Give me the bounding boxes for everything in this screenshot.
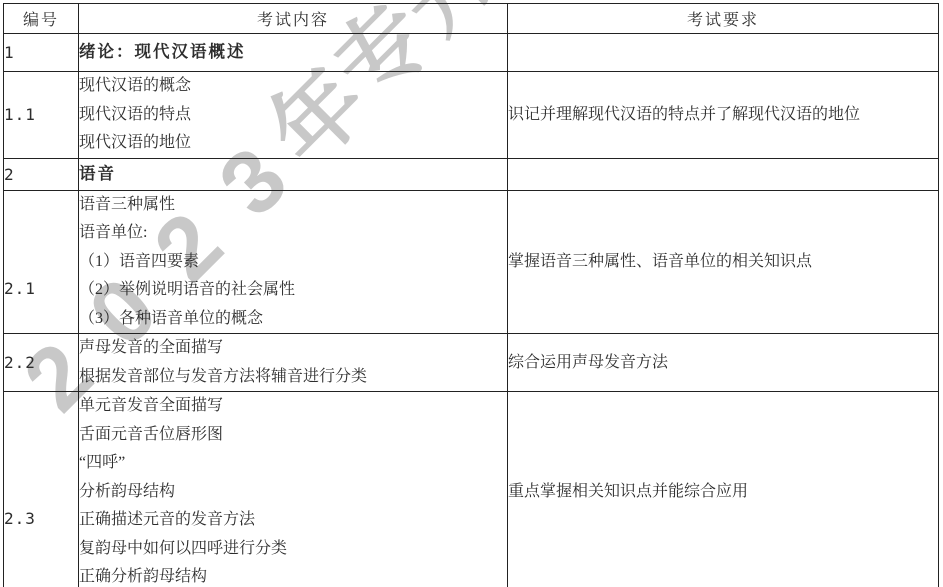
- content-line: 根据发音部位与发音方法将辅音进行分类: [79, 363, 507, 392]
- content-line: 语音: [79, 160, 507, 189]
- header-cell-requirement: 考试要求: [508, 4, 939, 34]
- content-line: 分析韵母结构: [79, 478, 507, 507]
- requirement-cell: 重点掌握相关知识点并能综合应用: [508, 392, 939, 587]
- requirement-cell: [508, 158, 939, 190]
- requirement-cell: 识记并理解现代汉语的特点并了解现代汉语的地位: [508, 72, 939, 159]
- content-line: 绪论：现代汉语概述: [79, 38, 507, 67]
- content-line: 正确分析韵母结构: [79, 563, 507, 587]
- header-cell-content: 考试内容: [79, 4, 508, 34]
- row-number-cell: 2.1: [4, 190, 79, 334]
- document-page: 2023年专升本 编号 考试内容 考试要求 1 绪论：现代汉语概述 1.1 现代…: [0, 0, 943, 587]
- table-row: 2 语音: [4, 158, 939, 190]
- table-row: 2.1 语音三种属性 语音单位: （1）语音四要素 （2）举例说明语音的社会属性…: [4, 190, 939, 334]
- row-number-cell: 1: [4, 34, 79, 72]
- table-row: 1.1 现代汉语的概念 现代汉语的特点 现代汉语的地位 识记并理解现代汉语的特点…: [4, 72, 939, 159]
- content-line: 语音三种属性: [79, 191, 507, 220]
- row-number: 1.1: [4, 105, 36, 124]
- row-number: 2.3: [4, 509, 36, 528]
- row-number: 1: [4, 43, 15, 62]
- content-cell: 现代汉语的概念 现代汉语的特点 现代汉语的地位: [79, 72, 508, 159]
- content-cell: 语音三种属性 语音单位: （1）语音四要素 （2）举例说明语音的社会属性 （3）…: [79, 190, 508, 334]
- content-line: 声母发音的全面描写: [79, 334, 507, 363]
- row-number: 2.1: [4, 279, 36, 298]
- table-row: 1 绪论：现代汉语概述: [4, 34, 939, 72]
- content-line: （2）举例说明语音的社会属性: [79, 276, 507, 305]
- content-line: 现代汉语的概念: [79, 72, 507, 101]
- content-line: 复韵母中如何以四呼进行分类: [79, 535, 507, 564]
- content-line: 现代汉语的特点: [79, 101, 507, 130]
- row-number-cell: 2.3: [4, 392, 79, 587]
- header-cell-number: 编号: [4, 4, 79, 34]
- content-line: （1）语音四要素: [79, 248, 507, 277]
- content-line: 现代汉语的地位: [79, 129, 507, 158]
- exam-syllabus-table: 编号 考试内容 考试要求 1 绪论：现代汉语概述 1.1 现代汉语的概念 现代汉…: [3, 3, 939, 587]
- requirement-cell: 综合运用声母发音方法: [508, 334, 939, 392]
- content-line: 语音单位:: [79, 219, 507, 248]
- content-line: “四呼”: [79, 449, 507, 478]
- row-number: 2.2: [4, 353, 36, 372]
- content-cell: 声母发音的全面描写 根据发音部位与发音方法将辅音进行分类: [79, 334, 508, 392]
- content-line: （3）各种语音单位的概念: [79, 305, 507, 334]
- table-header-row: 编号 考试内容 考试要求: [4, 4, 939, 34]
- content-cell: 单元音发音全面描写 舌面元音舌位唇形图 “四呼” 分析韵母结构 正确描述元音的发…: [79, 392, 508, 587]
- row-number-cell: 1.1: [4, 72, 79, 159]
- content-line: 舌面元音舌位唇形图: [79, 421, 507, 450]
- row-number-cell: 2: [4, 158, 79, 190]
- content-cell: 语音: [79, 158, 508, 190]
- requirement-cell: 掌握语音三种属性、语音单位的相关知识点: [508, 190, 939, 334]
- row-number: 2: [4, 165, 15, 184]
- requirement-cell: [508, 34, 939, 72]
- row-number-cell: 2.2: [4, 334, 79, 392]
- content-cell: 绪论：现代汉语概述: [79, 34, 508, 72]
- content-line: 正确描述元音的发音方法: [79, 506, 507, 535]
- content-line: 单元音发音全面描写: [79, 392, 507, 421]
- table-row: 2.3 单元音发音全面描写 舌面元音舌位唇形图 “四呼” 分析韵母结构 正确描述…: [4, 392, 939, 587]
- table-row: 2.2 声母发音的全面描写 根据发音部位与发音方法将辅音进行分类 综合运用声母发…: [4, 334, 939, 392]
